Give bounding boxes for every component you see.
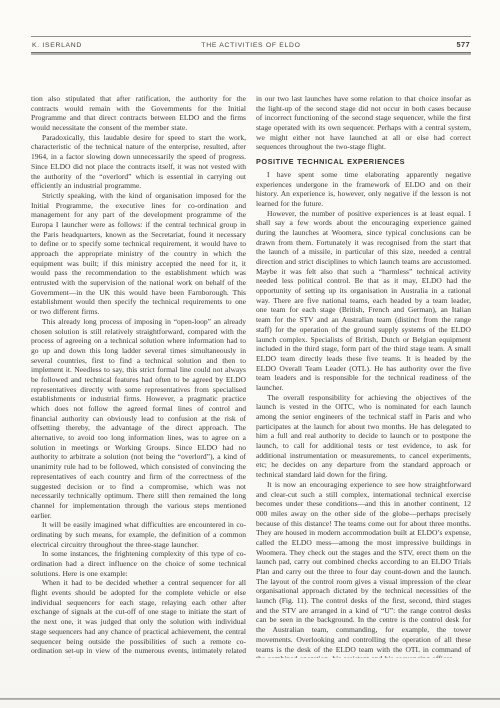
paragraph: Strictly speaking, with the kind of orga… xyxy=(31,191,246,317)
header-page-number: 577 xyxy=(361,40,471,49)
section-heading: POSITIVE TECHNICAL EXPERIENCES xyxy=(256,157,471,167)
page-bottom-edge xyxy=(0,698,500,700)
right-column: in our two last launches have some relat… xyxy=(256,94,471,658)
paragraph: It is now an encouraging experience to s… xyxy=(256,480,471,658)
paragraph: Paradoxically, this laudable desire for … xyxy=(31,133,246,191)
header-running-title: THE ACTIVITIES OF ELDO xyxy=(142,42,361,49)
scanned-paper-page: { "document": { "header": { "author": "K… xyxy=(0,0,500,708)
paragraph: When it had to be decided whether a cent… xyxy=(31,578,246,658)
header-bottom-rule xyxy=(31,52,471,55)
paragraph: The overall responsibility for achieving… xyxy=(256,393,471,480)
paragraph: I have spent some time elaborating appar… xyxy=(256,170,471,209)
paragraph: However, the number of positive experien… xyxy=(256,209,471,393)
page-background: K. ISERLAND THE ACTIVITIES OF ELDO 577 t… xyxy=(0,0,500,708)
paragraph: This already long process of imposing in… xyxy=(31,317,246,520)
paragraph: in our two last launches have some relat… xyxy=(256,94,471,152)
paragraph: In some instances, the frightening compl… xyxy=(31,549,246,578)
header-author: K. ISERLAND xyxy=(32,42,142,49)
header-row: K. ISERLAND THE ACTIVITIES OF ELDO 577 xyxy=(31,37,471,52)
paragraph: tion also stipulated that after ratifica… xyxy=(31,94,246,133)
running-head: K. ISERLAND THE ACTIVITIES OF ELDO 577 xyxy=(31,36,471,55)
two-column-body: tion also stipulated that after ratifica… xyxy=(31,94,471,658)
left-column: tion also stipulated that after ratifica… xyxy=(31,94,246,658)
paragraph: It will be easily imagined what difficul… xyxy=(31,520,246,549)
